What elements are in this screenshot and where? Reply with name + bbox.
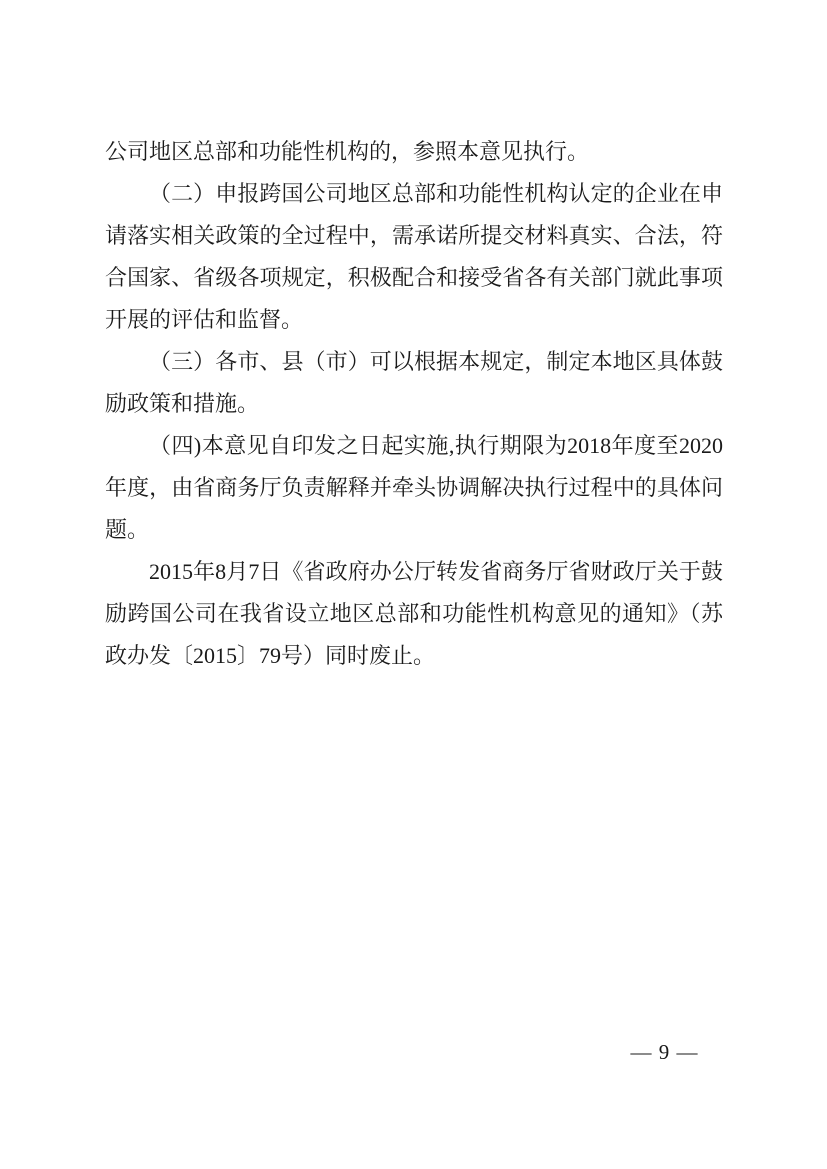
paragraph-item-3: （三）各市、县（市）可以根据本规定，制定本地区具体鼓 励政策和措施。 <box>105 341 723 425</box>
text-line: （二）申报跨国公司地区总部和功能性机构认定的企业在申 <box>105 173 723 215</box>
paragraph-continuation: 公司地区总部和功能性机构的，参照本意见执行。 <box>105 131 723 173</box>
text-line: 公司地区总部和功能性机构的，参照本意见执行。 <box>105 131 723 173</box>
text-line: 2015年8月7日《省政府办公厅转发省商务厅省财政厅关于鼓 <box>105 551 723 593</box>
text-line: 请落实相关政策的全过程中，需承诺所提交材料真实、合法，符 <box>105 215 723 257</box>
paragraph-repeal-notice: 2015年8月7日《省政府办公厅转发省商务厅省财政厅关于鼓 励跨国公司在我省设立… <box>105 551 723 677</box>
text-line: （四)本意见自印发之日起实施,执行期限为2018年度至2020 <box>105 425 723 467</box>
text-line: 政办发〔2015〕79号）同时废止。 <box>105 635 723 677</box>
page-number: — 9 — <box>598 1031 731 1073</box>
text-line: 合国家、省级各项规定，积极配合和接受省各有关部门就此事项 <box>105 257 723 299</box>
paragraph-item-4: （四)本意见自印发之日起实施,执行期限为2018年度至2020 年度，由省商务厅… <box>105 425 723 551</box>
document-body: 公司地区总部和功能性机构的，参照本意见执行。 （二）申报跨国公司地区总部和功能性… <box>105 131 723 677</box>
text-line: 题。 <box>105 509 723 551</box>
text-line: 励跨国公司在我省设立地区总部和功能性机构意见的通知》（苏 <box>105 593 723 635</box>
paragraph-item-2: （二）申报跨国公司地区总部和功能性机构认定的企业在申 请落实相关政策的全过程中，… <box>105 173 723 341</box>
text-line: 励政策和措施。 <box>105 383 723 425</box>
text-line: 开展的评估和监督。 <box>105 299 723 341</box>
text-line: （三）各市、县（市）可以根据本规定，制定本地区具体鼓 <box>105 341 723 383</box>
text-line: 年度，由省商务厅负责解释并牵头协调解决执行过程中的具体问 <box>105 467 723 509</box>
document-page: 公司地区总部和功能性机构的，参照本意见执行。 （二）申报跨国公司地区总部和功能性… <box>0 0 827 1169</box>
